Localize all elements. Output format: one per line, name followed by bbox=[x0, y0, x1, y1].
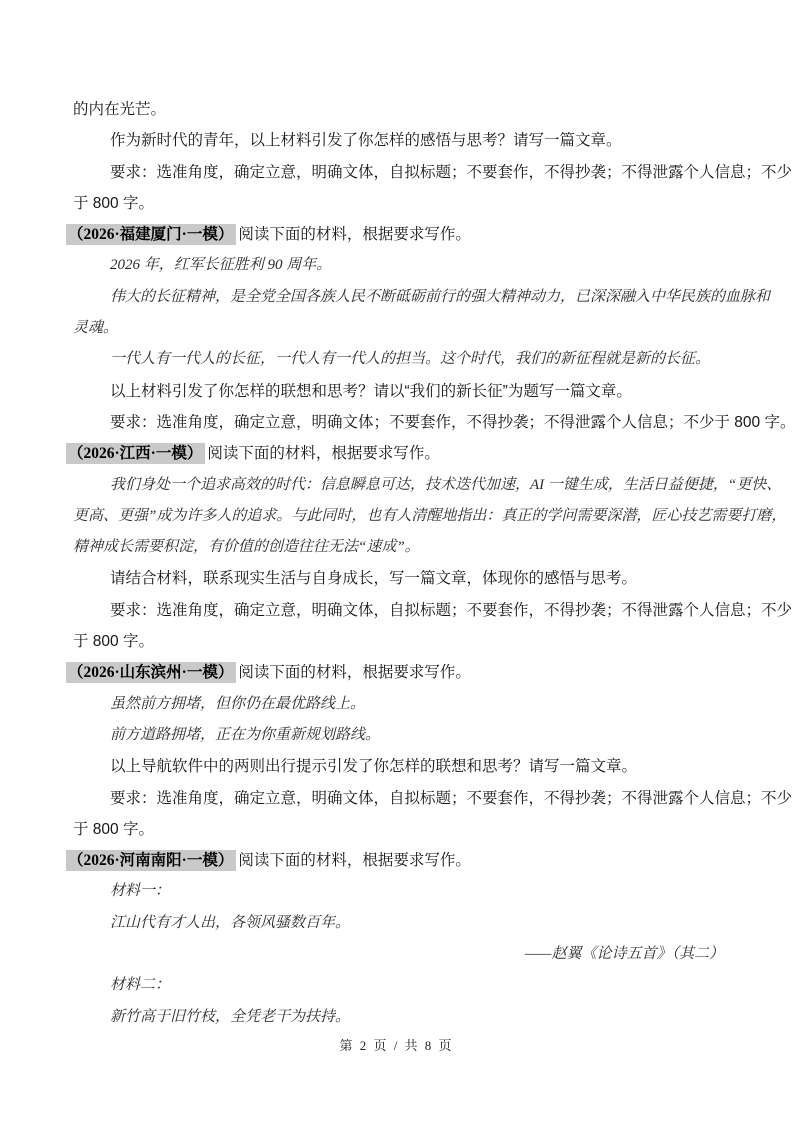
paragraph-line: 以上材料引发了你怎样的联想和思考？请以“我们的新长征”为题写一篇文章。 bbox=[73, 376, 724, 407]
requirements-line: 要求：选准角度，确定立意，明确文体，自拟标题；不要套作，不得抄袭；不得泄露个人信… bbox=[73, 157, 724, 188]
exam-source-tag: （2026·河南南阳·一模） bbox=[66, 850, 236, 871]
paragraph-line: 的内在光芒。 bbox=[73, 94, 724, 125]
requirements-line: 要求：选准角度，确定立意，明确文体，自拟标题；不要套作，不得抄袭；不得泄露个人信… bbox=[73, 595, 724, 626]
section-header-intro: 阅读下面的材料，根据要求写作。 bbox=[238, 664, 471, 681]
exam-source-tag: （2026·福建厦门·一模） bbox=[66, 224, 236, 245]
document-page: 的内在光芒。 作为新时代的青年，以上材料引发了你怎样的感悟与思考？请写一篇文章。… bbox=[0, 0, 793, 1122]
material-line: 更高、更强”成为许多人的追求。与此同时，也有人清醒地指出：真正的学问需要深潜，匠… bbox=[73, 501, 724, 532]
section-header: （2026·江西·一模）阅读下面的材料，根据要求写作。 bbox=[73, 438, 724, 469]
section-header: （2026·福建厦门·一模）阅读下面的材料，根据要求写作。 bbox=[73, 219, 724, 250]
requirements-line: 于 800 字。 bbox=[73, 626, 724, 657]
requirements-line: 要求：选准角度，确定立意，明确文体，自拟标题；不要套作，不得抄袭；不得泄露个人信… bbox=[73, 783, 724, 814]
section-header-intro: 阅读下面的材料，根据要求写作。 bbox=[238, 852, 471, 869]
material-line: 灵魂。 bbox=[73, 313, 724, 344]
exam-source-tag: （2026·山东滨州·一模） bbox=[66, 662, 236, 683]
material-label: 材料一： bbox=[73, 876, 724, 907]
section-header: （2026·河南南阳·一模）阅读下面的材料，根据要求写作。 bbox=[73, 845, 724, 876]
paragraph-line: 以上导航软件中的两则出行提示引发了你怎样的联想和思考？请写一篇文章。 bbox=[73, 751, 724, 782]
requirements-line: 要求：选准角度，确定立意，明确文体；不要套作，不得抄袭；不得泄露个人信息；不少于… bbox=[73, 407, 724, 438]
requirements-line: 于 800 字。 bbox=[73, 814, 724, 845]
section-header-intro: 阅读下面的材料，根据要求写作。 bbox=[207, 445, 440, 462]
material-line: 一代人有一代人的长征，一代人有一代人的担当。这个时代，我们的新征程就是新的长征。 bbox=[73, 344, 724, 375]
material-label: 材料二： bbox=[73, 970, 724, 1001]
exam-source-tag: （2026·江西·一模） bbox=[66, 443, 205, 464]
section-header-intro: 阅读下面的材料，根据要求写作。 bbox=[238, 226, 471, 243]
paragraph-line: 作为新时代的青年，以上材料引发了你怎样的感悟与思考？请写一篇文章。 bbox=[73, 125, 724, 156]
paragraph-line: 请结合材料，联系现实生活与自身成长，写一篇文章，体现你的感悟与思考。 bbox=[73, 563, 724, 594]
attribution-line: ——赵翼《论诗五首》（其二） bbox=[73, 939, 724, 970]
material-line: 江山代有才人出，各领风骚数百年。 bbox=[73, 908, 724, 939]
requirements-line: 于 800 字。 bbox=[73, 188, 724, 219]
material-line: 前方道路拥堵，正在为你重新规划路线。 bbox=[73, 720, 724, 751]
material-line: 2026 年，红军长征胜利 90 周年。 bbox=[73, 250, 724, 281]
material-line: 伟大的长征精神，是全党全国各族人民不断砥砺前行的强大精神动力，已深深融入中华民族… bbox=[73, 282, 724, 313]
material-line: 我们身处一个追求高效的时代：信息瞬息可达，技术迭代加速，AI 一键生成，生活日益… bbox=[73, 470, 724, 501]
material-line: 精神成长需要积淀，有价值的创造往往无法“速成”。 bbox=[73, 532, 724, 563]
page-footer: 第 2 页 / 共 8 页 bbox=[0, 1036, 793, 1056]
material-line: 新竹高于旧竹枝，全凭老干为扶持。 bbox=[73, 1002, 724, 1033]
section-header: （2026·山东滨州·一模）阅读下面的材料，根据要求写作。 bbox=[73, 657, 724, 688]
material-line: 虽然前方拥堵，但你仍在最优路线上。 bbox=[73, 689, 724, 720]
document-content: 的内在光芒。 作为新时代的青年，以上材料引发了你怎样的感悟与思考？请写一篇文章。… bbox=[73, 94, 724, 1033]
